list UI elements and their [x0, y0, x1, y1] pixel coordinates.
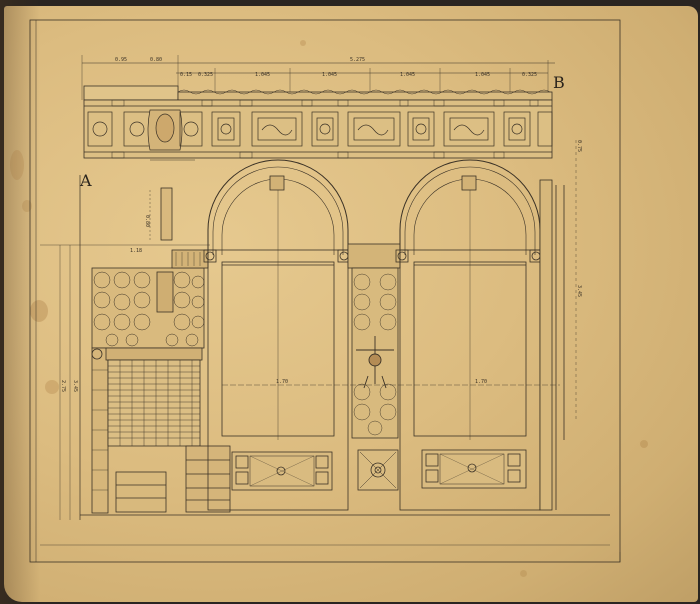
- left-alcove: [92, 250, 230, 513]
- dim-top-row-0: 0.95: [115, 57, 127, 63]
- section-label-b: B: [553, 73, 565, 92]
- dim-second-row-6: 0.325: [522, 72, 537, 78]
- dado-panels: [232, 450, 526, 490]
- dim-left-outer-1: 3.45: [72, 380, 78, 392]
- dim-left-pilaster: 0.80: [144, 215, 150, 227]
- dim-right-lower: 3.45: [576, 285, 582, 297]
- small-pilaster: [161, 188, 172, 240]
- dim-top-overall: 5.275: [350, 57, 365, 63]
- dim-top-row-1: 0.80: [150, 57, 162, 63]
- dim-left-alcove: 1.18: [130, 248, 142, 254]
- dim-second-row-1: 0.325: [198, 72, 213, 78]
- elevation-drawing: B A 5.275 0.95 0.80 0.15 0.325 1.045 1.0…: [0, 0, 700, 604]
- dim-arch-span-right: 1.70: [475, 379, 487, 385]
- dim-right-upper: 0.75: [576, 140, 582, 152]
- dim-second-row-3: 1.045: [322, 72, 337, 78]
- section-label-a: A: [79, 171, 92, 190]
- dim-second-row-0: 0.15: [180, 72, 192, 78]
- dim-second-row-4: 1.045: [400, 72, 415, 78]
- dim-second-row-5: 1.045: [475, 72, 490, 78]
- dim-second-row-2: 1.045: [255, 72, 270, 78]
- drawer-cabinet: [116, 472, 166, 512]
- center-lattice-panel: [348, 244, 400, 438]
- dim-left-outer-0: 2.75: [60, 380, 66, 392]
- ornamental-frieze: [84, 86, 552, 160]
- right-pilaster: [540, 180, 552, 510]
- dim-arch-span-left: 1.70: [276, 379, 288, 385]
- louvered-shutter: [108, 360, 200, 446]
